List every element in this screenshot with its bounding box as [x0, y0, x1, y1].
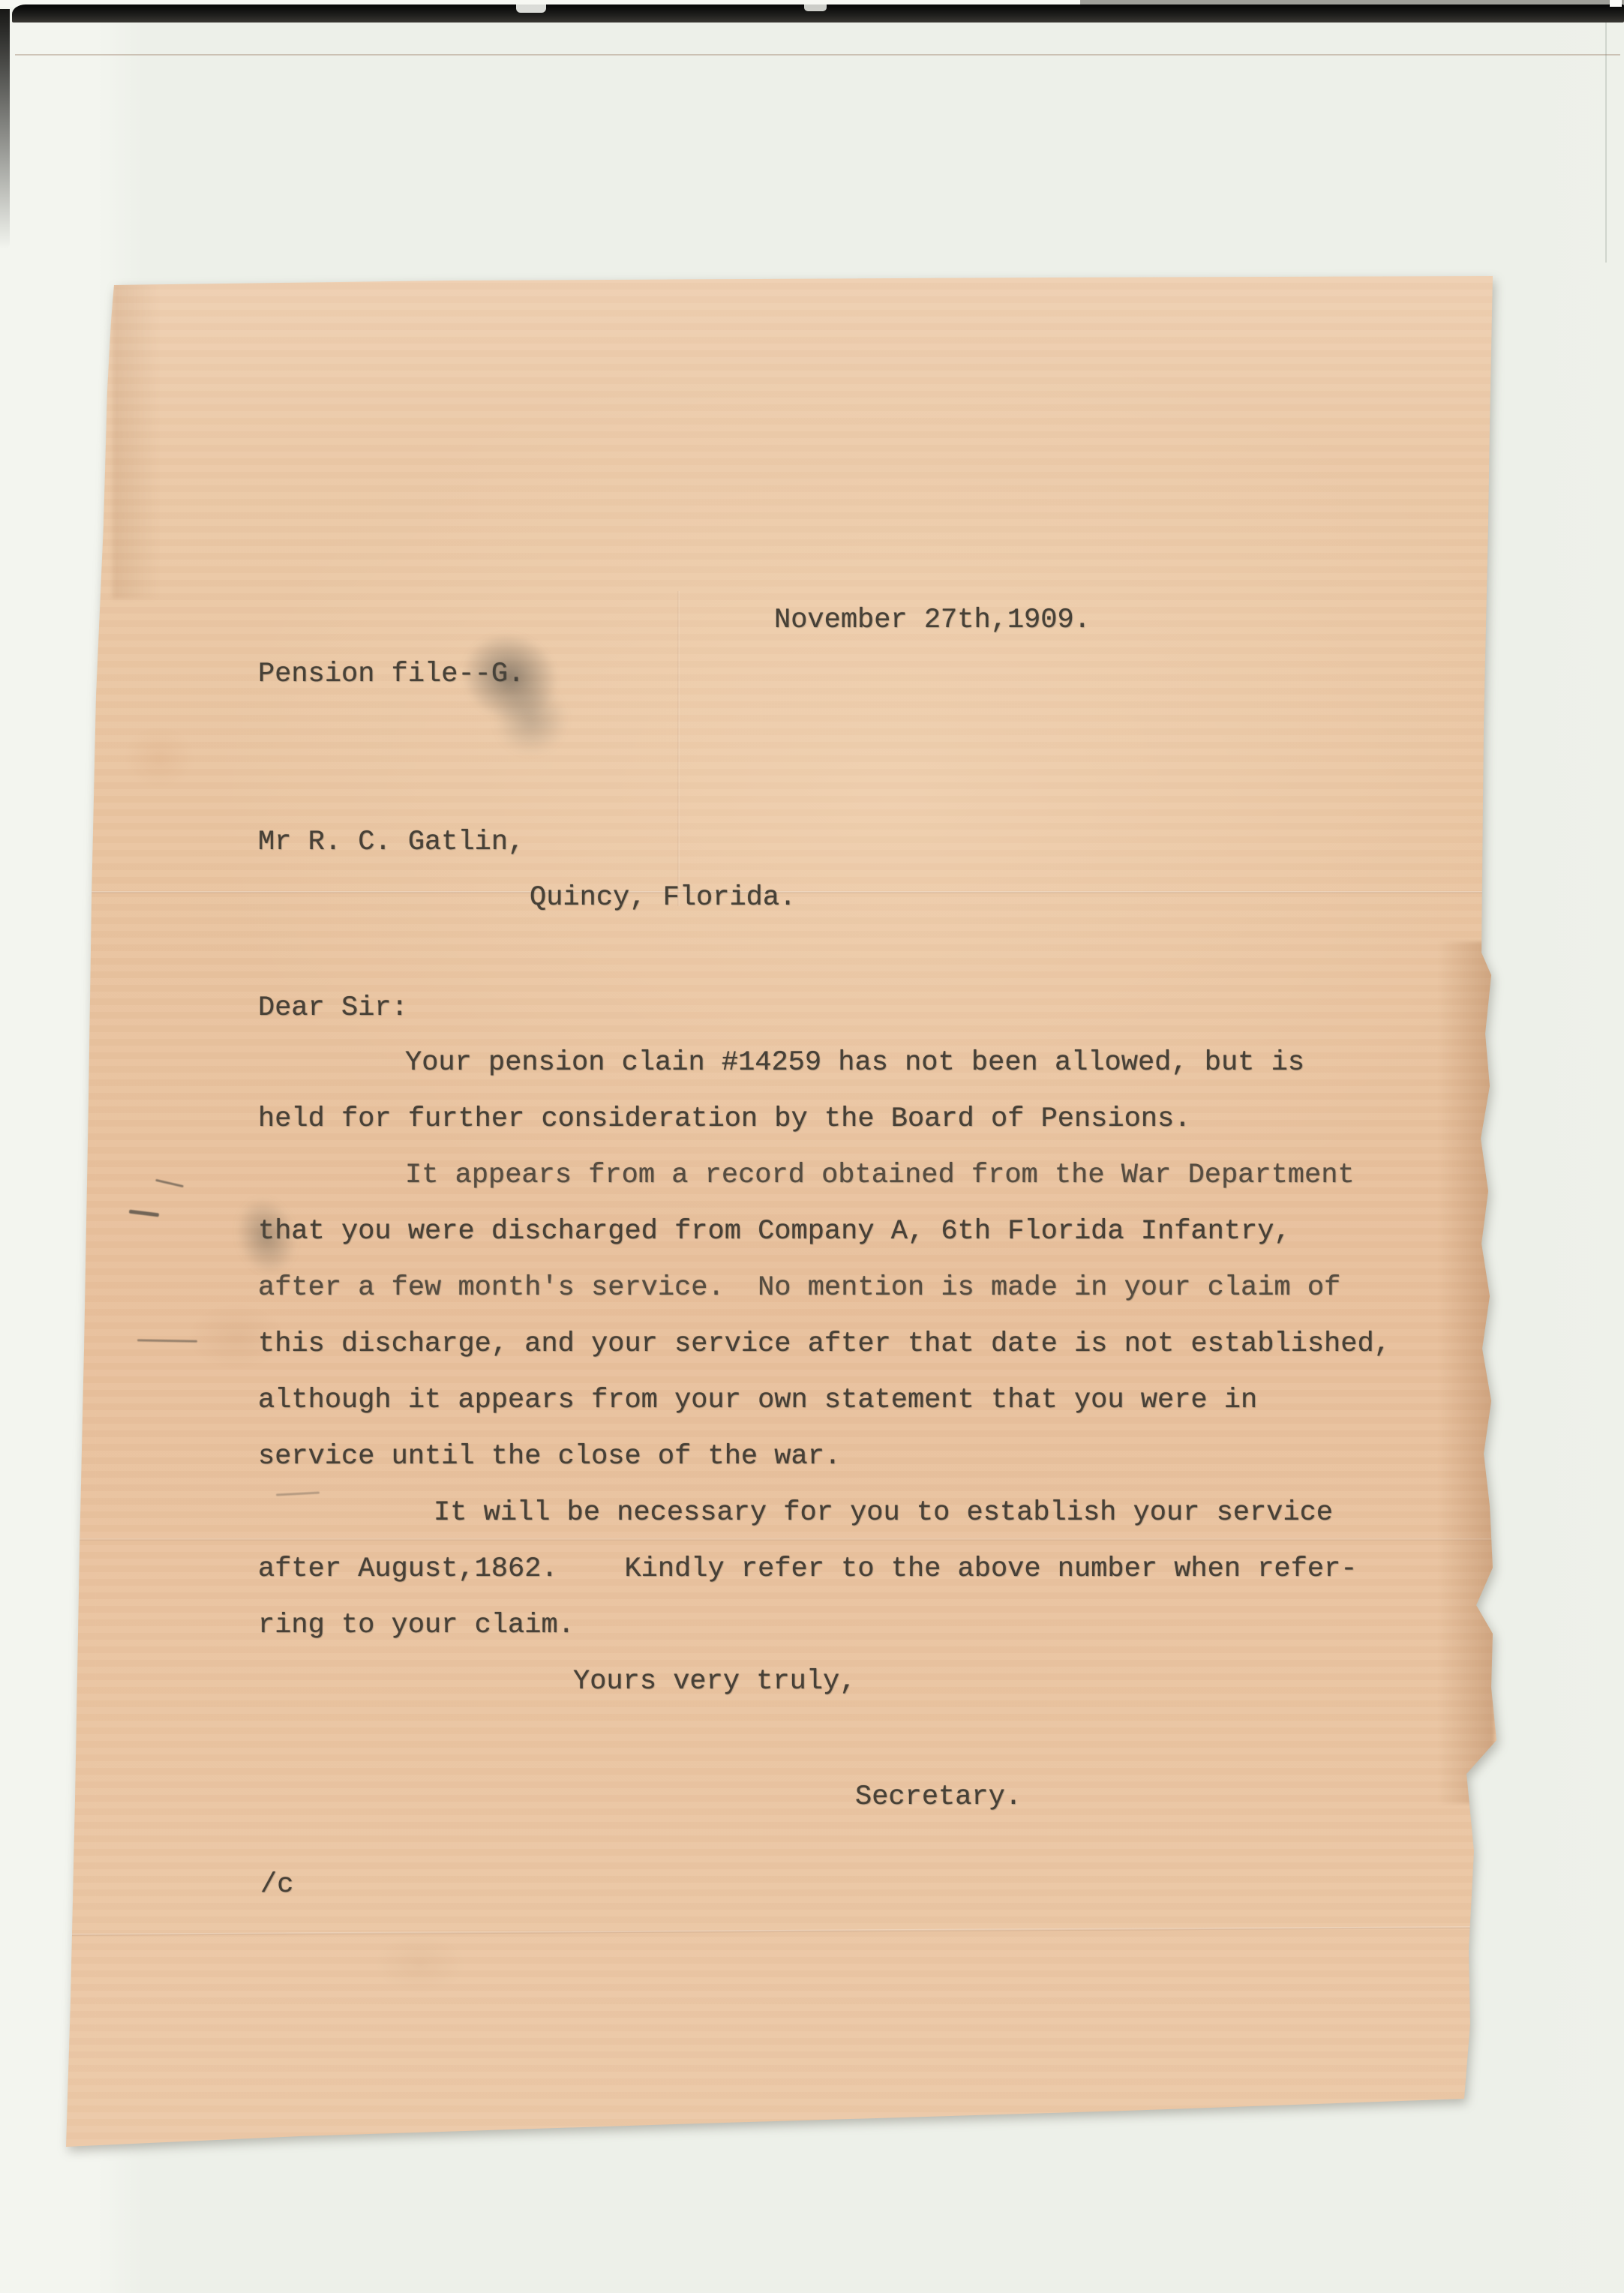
letter-date-line: November 27th,1909. — [774, 607, 1091, 635]
pencil-mark — [137, 1339, 197, 1342]
pencil-mark — [155, 1179, 184, 1187]
letter-recipient-address: Quincy, Florida. — [530, 884, 796, 912]
left-edge-shading — [113, 284, 159, 599]
letter-typist-initials: /c — [260, 1871, 293, 1899]
ink-smudge-tail — [495, 685, 566, 754]
pencil-mark — [129, 1210, 159, 1217]
torn-edge-shading — [1439, 941, 1494, 1804]
letter-recipient-name: Mr R. C. Gatlin, — [258, 829, 524, 857]
letter-closing: Yours very truly, — [573, 1668, 856, 1696]
paper-drop-shadow: November 27th,1909. Pension file--G. Mr … — [0, 0, 1624, 2293]
letter-signature-title: Secretary. — [855, 1784, 1022, 1811]
paper-stain — [124, 726, 195, 790]
letter-body-line: after a few month's service. No mention … — [258, 1274, 1340, 1302]
letter-body-line: ring to your claim. — [258, 1612, 575, 1640]
paper-stain — [375, 1934, 465, 1994]
letter-salutation: Dear Sir: — [258, 995, 408, 1022]
letter-body-line: service until the close of the war. — [258, 1443, 841, 1471]
margin-graphite-smudge — [228, 1191, 305, 1282]
letter-body-line: It appears from a record obtained from t… — [405, 1162, 1355, 1190]
fold-crease — [63, 1926, 1488, 1936]
letter-body-line: that you were discharged from Company A,… — [258, 1218, 1291, 1246]
letter-body-line: It will be necessary for you to establis… — [434, 1499, 1333, 1527]
paper-sheet: November 27th,1909. Pension file--G. Mr … — [53, 276, 1499, 2148]
letter-body-line: held for further consideration by the Bo… — [258, 1106, 1190, 1133]
pencil-mark — [276, 1491, 320, 1496]
letter-body-line: this discharge, and your service after t… — [258, 1331, 1391, 1358]
letter-body-line: although it appears from your own statem… — [258, 1387, 1257, 1415]
fold-crease — [75, 1538, 1494, 1541]
scanned-document-page: November 27th,1909. Pension file--G. Mr … — [0, 0, 1624, 2293]
vertical-crease — [677, 591, 680, 906]
letter-body-line: after August,1862. Kindly refer to the a… — [258, 1556, 1357, 1583]
letter-body-line: Your pension clain #14259 has not been a… — [405, 1049, 1304, 1077]
